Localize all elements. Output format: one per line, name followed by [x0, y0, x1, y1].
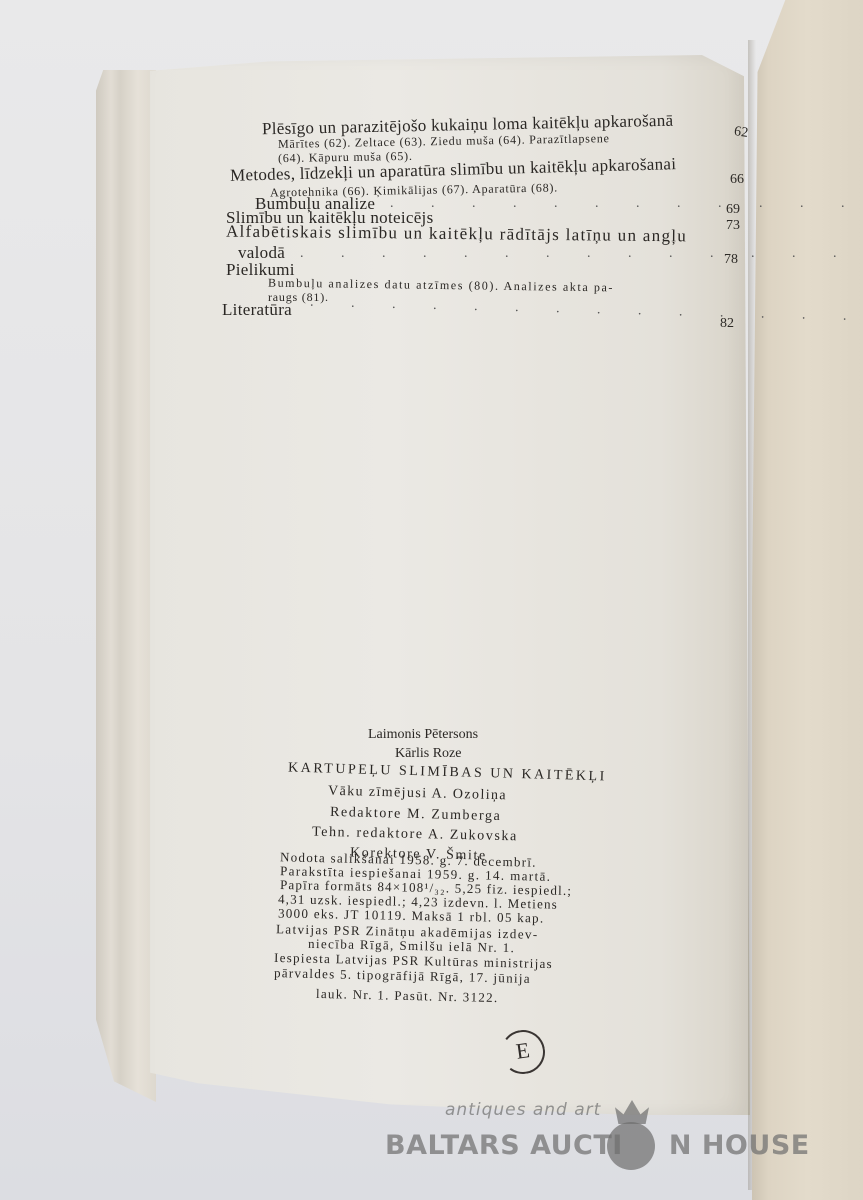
watermark-brand-right: N HOUSE [669, 1130, 810, 1161]
toc-page-number: 73 [726, 218, 740, 234]
toc-page-number: 66 [730, 172, 744, 188]
table-of-contents: Plēsīgo un parazitējošo kukaiņu loma kai… [0, 0, 863, 360]
toc-page-number: 62 [733, 124, 749, 142]
watermark-brand: BALTARS AUCTIN HOUSE [385, 1130, 810, 1161]
toc-leader-dots: . . . . . . . . . . . . . . . . [310, 295, 863, 328]
toc-page-number: 69 [726, 202, 740, 218]
author-name: Laimonis Pētersons [368, 727, 478, 743]
author-name: Kārlis Roze [395, 746, 461, 762]
toc-leader-dots: . . . . . . . . . . . . . . . . [300, 246, 863, 262]
toc-page-number: 82 [720, 316, 734, 332]
toc-entry-title: Alfabētiskais slimību un kaitēkļu rādītā… [226, 222, 687, 247]
watermark-brand-left: BALTARS AUCTI [385, 1130, 623, 1161]
watermark-tagline: antiques and art [445, 1100, 601, 1120]
toc-leader-dots: . . . . . . . . . . . . . . . . [390, 196, 863, 212]
toc-entry-title: Literatūra [222, 300, 292, 320]
toc-page-number: 78 [724, 252, 738, 268]
